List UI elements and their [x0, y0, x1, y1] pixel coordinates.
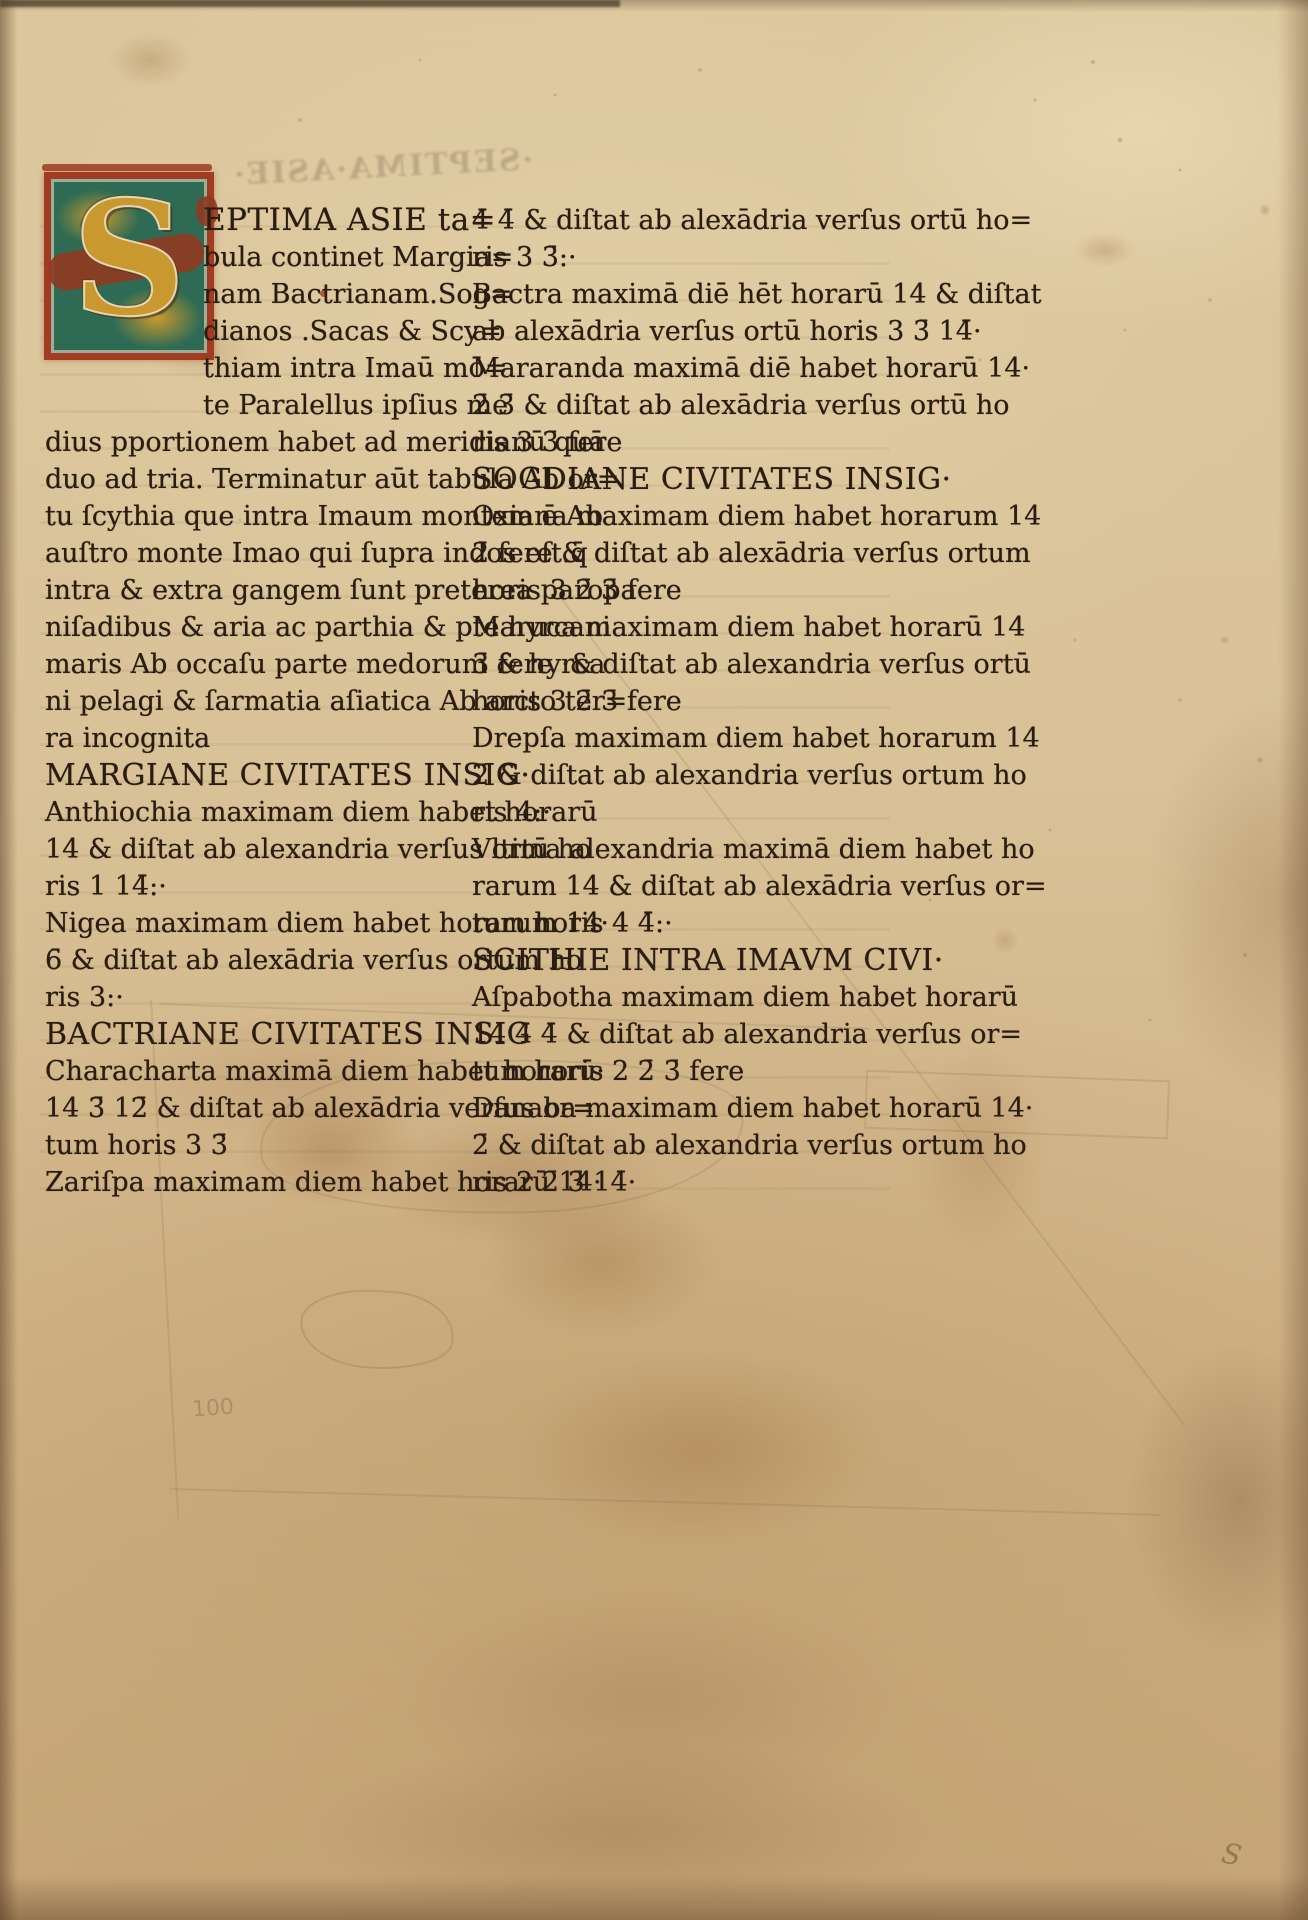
text-line: Zariſpa maximam diem habet horarū 14· [45, 1164, 469, 1201]
text-line: thiam intra Imaū mō= [203, 350, 469, 387]
text-line: Mararanda maximā diē habet horarū 14· [472, 350, 896, 387]
text-line: 2̄ fere & diſtat ab alexādria verſus ort… [472, 535, 896, 572]
text-line: auſtro monte Imao qui ſupra indos eſt.q̄ [45, 535, 469, 572]
text-line: Vltima alexandria maximā diem habet ho [472, 831, 896, 868]
text-line: ris 3 3̄:· [472, 239, 896, 276]
incunabulum-page: ·SEPTIMA·ASIE· 100 S S EPTIMA ASIE ta= b… [0, 0, 1308, 1920]
pencil-annotation: 100 [191, 1395, 235, 1423]
text-line: horis 3 2̄ 3̄ fere [472, 572, 896, 609]
text-line: EPTIMA ASIE ta= [203, 202, 469, 239]
text-line: bula continet Margia= [203, 239, 469, 276]
section-heading: SOGDIANE CIVITATES INSIG· [472, 461, 896, 498]
text-line: ris 3 3̄ fere [472, 424, 896, 461]
text-line: ris 3:· [45, 979, 469, 1016]
text-line: Danaba maximam diem habet horarū 14· [472, 1090, 896, 1127]
text-line: 3̄ fere ·& diſtat ab alexandria verſus o… [472, 646, 896, 683]
left-text-column: EPTIMA ASIE ta= bula continet Margia= na… [45, 202, 469, 1201]
text-line: ab alexādria verſus ortū horis 3 3̄ 14̄· [472, 313, 896, 350]
text-line: 2̄ & diſtat ab alexandria verſus ortum h… [472, 1127, 896, 1164]
text-line: niſadibus & aria ac parthia & pte hyrcan… [45, 609, 469, 646]
text-line: nam Bactrianam.Sog= [203, 276, 469, 313]
text-line: tu ſcythia que intra Imaum montem ē Ab [45, 498, 469, 535]
text-line: tum horis 4 4̄:· [472, 905, 896, 942]
text-line: ris 1 14̄:· [45, 868, 469, 905]
text-line: rarum 14 & diſtat ab alexādria verſus or… [472, 868, 896, 905]
page-top-edge-shadow [0, 0, 620, 7]
ghost-map-line [170, 1488, 1160, 1516]
text-line: intra & extra gangem ſunt preterea parop… [45, 572, 469, 609]
text-line: Nigea maximam diem habet horarum 14· [45, 905, 469, 942]
text-line: ra incognita [45, 720, 469, 757]
text-line: ni pelagi & ſarmatia aſiatica Ab arcto t… [45, 683, 469, 720]
text-line: horis 3 2̄ 3̄ fere [472, 683, 896, 720]
text-line: Drepſa maximam diem habet horarum 14 [472, 720, 896, 757]
section-heading: BACTRIANE CIVITATES INSIG [45, 1016, 469, 1053]
text-line: ris 2 2̄ 3̄ 14̄· [472, 1164, 896, 1201]
mirrored-header-showthrough: ·SEPTIMA·ASIE· [231, 142, 534, 193]
text-line: Anthiochia maximam diem habet horarū [45, 794, 469, 831]
text-line: Characharta maximā diem habet horarū· [45, 1053, 469, 1090]
section-heading: MARGIANE CIVITATES INSIG· [45, 757, 469, 794]
text-line: te Paralellus ipſius me [203, 387, 469, 424]
intro-indented-block: EPTIMA ASIE ta= bula continet Margia= na… [203, 202, 469, 424]
text-line: duo ad tria. Terminatur aūt tabula Ab or… [45, 461, 469, 498]
corner-inscription: S [1219, 1836, 1245, 1872]
text-line: Aſpabotha maximam diem habet horarū [472, 979, 896, 1016]
text-line: Bactra maximā diē hēt horarū 14 & diſtat [472, 276, 896, 313]
text-line: 14 4̄ 4̄ & diſtat ab alexandria verſus o… [472, 1016, 896, 1053]
text-line: tum horis 2 2̄ 3̄ fere [472, 1053, 896, 1090]
text-line: dianos .Sacas & Scy= [203, 313, 469, 350]
right-text-column: 4̄ 4̄ & diſtat ab alexādria verſus ortū … [472, 202, 896, 1201]
text-line: 4̄ 4̄ & diſtat ab alexādria verſus ortū … [472, 202, 896, 239]
section-heading: SCITHIE INTRA IMAVM CIVI· [472, 942, 896, 979]
text-line: 14 & diſtat ab alexandria verſus ortū ho [45, 831, 469, 868]
text-line: Maruca maximam diem habet horarū 14 [472, 609, 896, 646]
text-line: 2̄ & diſtat ab alexandria verſus ortum h… [472, 757, 896, 794]
text-line: maris Ab occaſu parte medorum & hyrca [45, 646, 469, 683]
text-line: 6̄ & diſtat ab alexādria verſus ortum ho [45, 942, 469, 979]
text-line: tum horis 3 3̄ [45, 1127, 469, 1164]
text-line: 14 3̄ 12̄ & diſtat ab alexādria verſus o… [45, 1090, 469, 1127]
text-line: dius pportionem habet ad meridianū quā [45, 424, 469, 461]
text-line: 2̄ 3̄ & diſtat ab alexādria verſus ortū … [472, 387, 896, 424]
text-line: ris 4:· [472, 794, 896, 831]
text-line: Oxiana maximam diem habet horarum 14 [472, 498, 896, 535]
ghost-coastline-outline [297, 1285, 456, 1375]
